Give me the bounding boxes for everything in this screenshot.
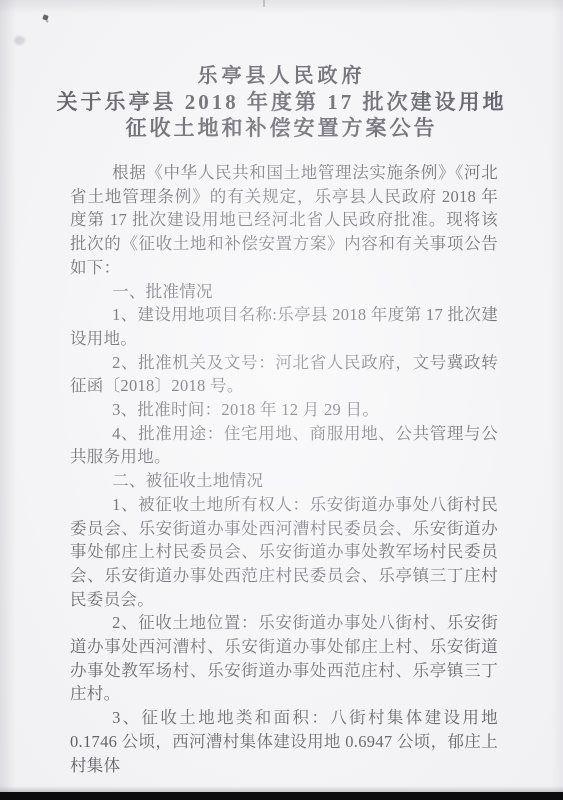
document-title: 乐亭县人民政府 关于乐亭县 2018 年度第 17 批次建设用地 征收土地和补偿…: [0, 63, 563, 141]
scan-smudge-icon: [14, 36, 25, 45]
scan-speck-icon: [42, 14, 48, 20]
paragraph-legal-basis: 根据《中华人民共和国土地管理法实施条例》《河北省土地管理条例》的有关规定，乐亭县…: [70, 161, 498, 280]
item-land-type-area: 3、征收土地地类和面积：八街村集体建设用地 0.1746 公顷，西河漕村集体建设…: [70, 706, 498, 777]
item-approved-use: 4、批准用途：住宅用地、商服用地、公共管理与公共服务用地。: [70, 422, 498, 469]
document-body: 根据《中华人民共和国土地管理法实施条例》《河北省土地管理条例》的有关规定，乐亭县…: [70, 161, 498, 777]
item-approval-date: 3、批准时间：2018 年 12 月 29 日。: [70, 398, 498, 422]
section-heading-approval: 一、批准情况: [70, 280, 498, 304]
scan-tick-icon: [263, 0, 265, 7]
issuing-authority: 乐亭县人民政府: [0, 63, 563, 89]
item-approval-authority: 2、批准机关及文号：河北省人民政府，文号冀政转征函〔2018〕2018 号。: [70, 351, 498, 398]
section-heading-land: 二、被征收土地情况: [70, 469, 498, 493]
title-line-announcement: 征收土地和补偿安置方案公告: [0, 115, 563, 141]
item-land-owners: 1、被征收土地所有权人：乐安街道办事处八街村民委员会、乐安街道办事处西河漕村民委…: [70, 493, 498, 612]
scanned-document-page: 乐亭县人民政府 关于乐亭县 2018 年度第 17 批次建设用地 征收土地和补偿…: [0, 0, 563, 800]
title-line-subject: 关于乐亭县 2018 年度第 17 批次建设用地: [0, 89, 563, 115]
scanner-bottom-edge: [0, 792, 563, 800]
item-land-location: 2、征收土地位置：乐安街道办事处八街村、乐安街道办事处西河漕村、乐安街道办事处郁…: [70, 611, 498, 706]
item-project-name: 1、建设用地项目名称:乐亭县 2018 年度第 17 批次建设用地。: [70, 303, 498, 350]
